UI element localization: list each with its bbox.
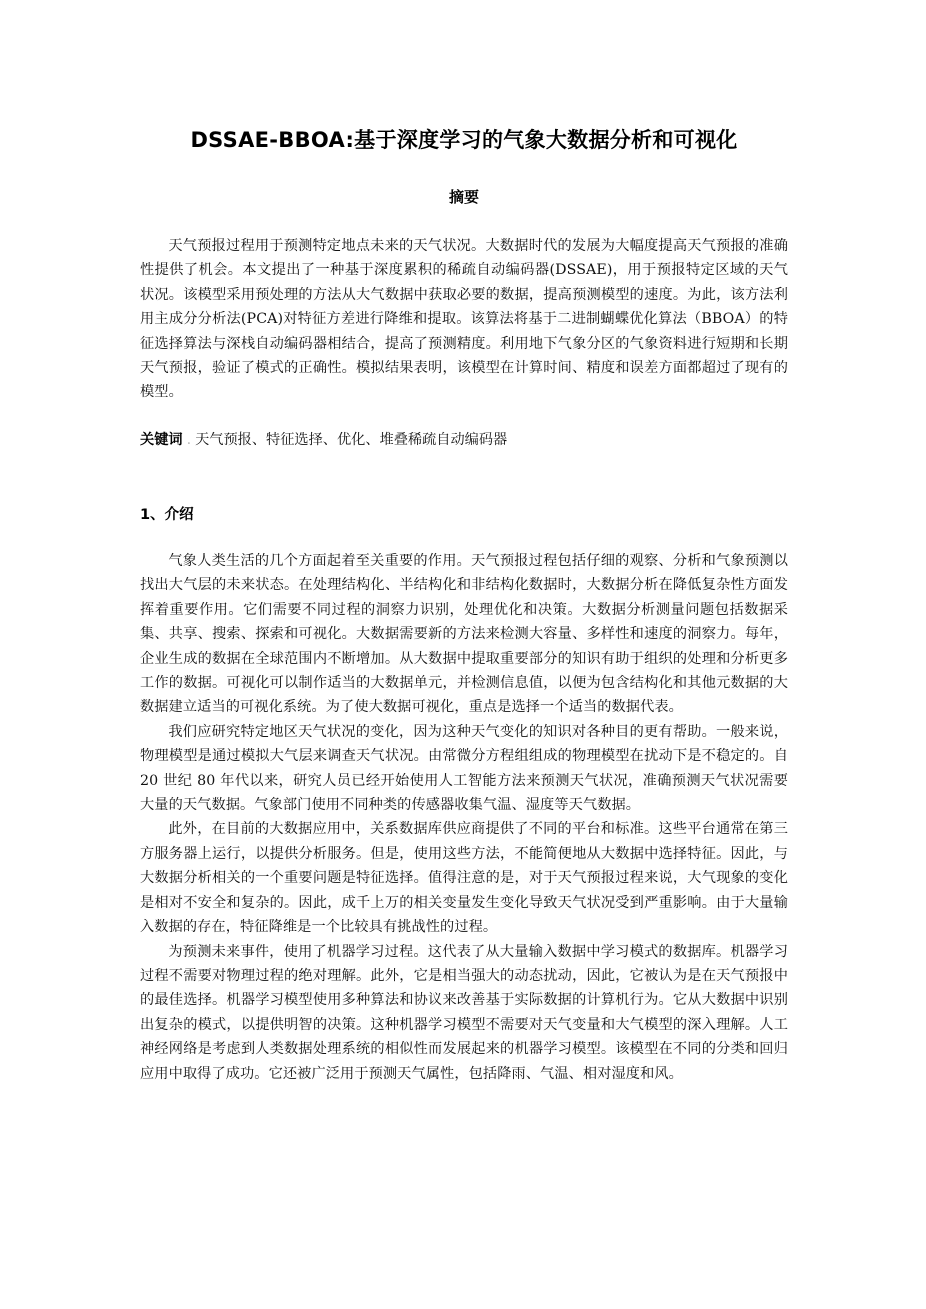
body-paragraph: 气象人类生活的几个方面起着至关重要的作用。天气预报过程包括仔细的观察、分析和气象… <box>140 549 788 720</box>
keywords-line: 关键词.天气预报、特征选择、优化、堆叠稀疏自动编码器 <box>140 428 788 452</box>
abstract-paragraph: 天气预报过程用于预测特定地点未来的天气状况。大数据时代的发展为大幅度提高天气预报… <box>140 234 788 405</box>
section-heading-introduction: 1、介绍 <box>140 503 194 524</box>
abstract-heading: 摘要 <box>140 186 788 207</box>
introduction-section: 气象人类生活的几个方面起着至关重要的作用。天气预报过程包括仔细的观察、分析和气象… <box>140 549 788 1086</box>
keywords-text: 天气预报、特征选择、优化、堆叠稀疏自动编码器 <box>195 432 507 448</box>
document-title: DSSAE-BBOA:基于深度学习的气象大数据分析和可视化 <box>140 124 788 154</box>
body-paragraph: 我们应研究特定地区天气状况的变化，因为这种天气变化的知识对各种目的更有帮助。一般… <box>140 720 788 818</box>
abstract-section: 天气预报过程用于预测特定地点未来的天气状况。大数据时代的发展为大幅度提高天气预报… <box>140 234 788 405</box>
body-paragraph: 为预测未来事件，使用了机器学习过程。这代表了从大量输入数据中学习模式的数据库。机… <box>140 940 788 1086</box>
keywords-label: 关键词 <box>140 432 183 448</box>
body-paragraph: 此外，在目前的大数据应用中，关系数据库供应商提供了不同的平台和标准。这些平台通常… <box>140 817 788 939</box>
keywords-separator: . <box>187 432 192 448</box>
